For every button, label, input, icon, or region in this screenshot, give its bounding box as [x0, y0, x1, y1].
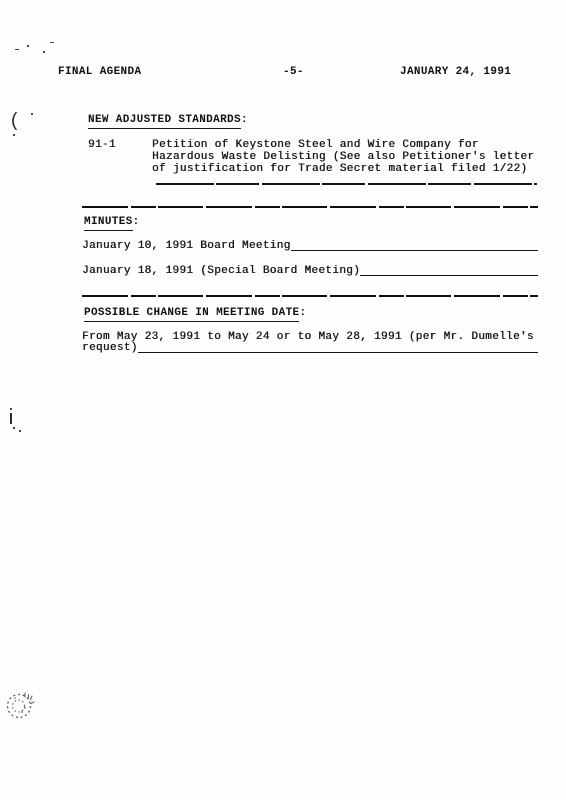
- section-heading-minutes: MINUTES:: [84, 216, 140, 228]
- agenda-item-text-line: Hazardous Waste Delisting (See also Peti…: [152, 151, 552, 163]
- agenda-item-number: 91-1: [88, 139, 116, 151]
- blank-fill-line: [360, 275, 538, 276]
- minutes-entry: January 18, 1991 (Special Board Meeting): [82, 265, 538, 277]
- agenda-item-text: Petition of Keystone Steel and Wire Comp…: [152, 139, 552, 175]
- section-divider-line: [82, 206, 538, 208]
- header-date: JANUARY 24, 1991: [400, 66, 511, 78]
- agenda-item-text-line: of justification for Trade Secret materi…: [152, 163, 552, 175]
- section-divider-line: [82, 295, 538, 297]
- scan-stamp-mark: [5, 688, 37, 722]
- blank-fill-line: [138, 352, 538, 353]
- meeting-date-text-line: request): [82, 342, 138, 354]
- header-page-number: -5-: [283, 66, 304, 78]
- meeting-date-request-row: request): [82, 342, 538, 354]
- minutes-entry-label: January 18, 1991 (Special Board Meeting): [82, 265, 360, 277]
- scanned-document-page: FINAL AGENDA -5- JANUARY 24, 1991 ( NEW …: [0, 0, 566, 800]
- document-title: FINAL AGENDA: [58, 66, 141, 78]
- minutes-entry: January 10, 1991 Board Meeting: [82, 240, 538, 252]
- section-heading-new-adjusted-standards: NEW ADJUSTED STANDARDS:: [88, 114, 248, 126]
- minutes-entry-label: January 10, 1991 Board Meeting: [82, 240, 291, 252]
- section-heading-meeting-date: POSSIBLE CHANGE IN MEETING DATE:: [84, 307, 306, 319]
- blank-fill-line: [156, 183, 537, 185]
- agenda-item-text-line: Petition of Keystone Steel and Wire Comp…: [152, 139, 552, 151]
- blank-fill-line: [291, 250, 538, 251]
